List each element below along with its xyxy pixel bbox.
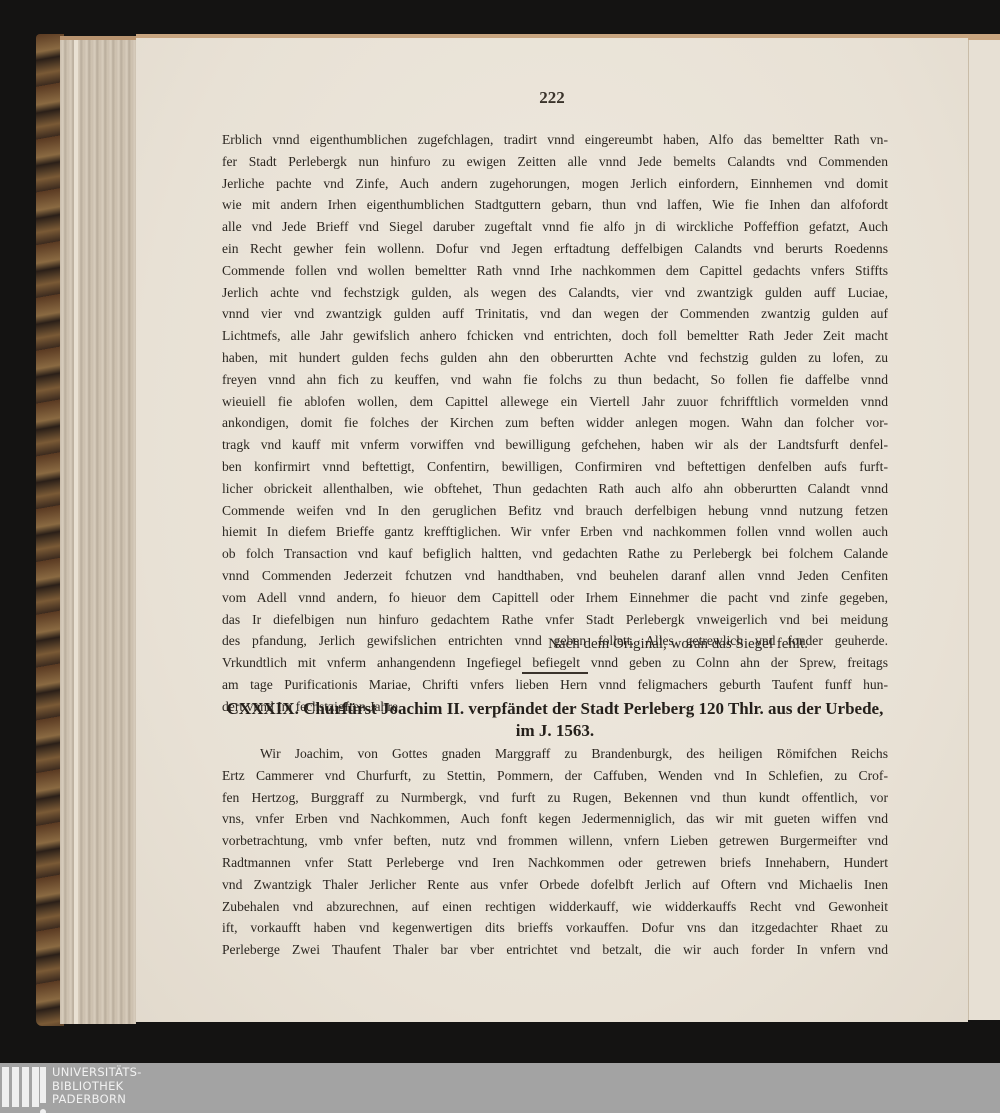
text-line: Jerliche pachte vnd Zinfe, Auch andern z… [222,173,888,195]
book-page: 222 Erblich vnnd eigenthumblichen zugefc… [136,38,968,1022]
text-line: vorbetrachtung, vmb vnfer beften, nutz v… [222,830,888,852]
heading-title-line2: im J. 1563. [222,720,888,742]
text-line: vns, vnfer Erben vnd Nachkommen, Auch fo… [222,808,888,830]
text-line: das Ir diefelbigen nun hinfuro gedachtem… [222,609,888,631]
text-line: Erblich vnnd eigenthumblichen zugefchlag… [222,129,888,151]
text-line: wieuiell fie ablofen wollen, dem Capitte… [222,391,888,413]
text-line: vnd Zwantzigk Thaler Jerlicher Rente aus… [222,874,888,896]
text-line: vnnd Commenden Jederzeit fchutzen vnd ha… [222,565,888,587]
text-line: vom Adell vnnd andern, fo hieuor dem Cap… [222,587,888,609]
library-logo-icon [2,1067,46,1113]
text-line: tragk vnd kauff mit vnferm vorwiffen vnd… [222,434,888,456]
document-heading: CXXXIX. Churfürst Joachim II. verpfändet… [222,698,888,742]
text-line: am tage Purificationis Mariae, Chrifti v… [222,674,888,696]
page-stack-edge [60,36,136,1024]
text-line: ein Recht gewher fein wollenn. Dofur vnd… [222,238,888,260]
text-line: Zubehalen vnd abzurechnen, auf einen rec… [222,896,888,918]
text-line: licher obrickeit allenthalben, wie obfte… [222,478,888,500]
text-line: Wir Joachim, von Gottes gnaden Marggraff… [222,743,888,765]
text-line: haben, mit hundert gulden fechs gulden a… [222,347,888,369]
text-line: Vrkundtlich mit vnferm anhangendenn Inge… [222,652,888,674]
text-line: ob folch Transaction vnd kauf befiglich … [222,543,888,565]
text-line: Commende follen vnd wollen bemeltter Rat… [222,260,888,282]
library-logo-text: UNIVERSITÄTS- BIBLIOTHEK PADERBORN [52,1066,142,1107]
library-footer: UNIVERSITÄTS- BIBLIOTHEK PADERBORN [0,1063,1000,1113]
text-line: fer Stadt Perlebergk nun hinfuro zu ewig… [222,151,888,173]
text-line: Jerlich achte vnd fechstzigk gulden, als… [222,282,888,304]
facing-page-strip [968,40,1000,1020]
text-line: ben konfirmirt vnnd beftettigt, Confenti… [222,456,888,478]
text-line: alle vnd Jede Brieff vnd Siegel daruber … [222,216,888,238]
source-note-text: Nach dem Original, woran das Siegel fehl… [548,636,808,653]
document-text-block-2: Wir Joachim, von Gottes gnaden Marggraff… [222,743,888,961]
text-line: Perleberge Zwei Thaufent Thaler bar vber… [222,939,888,961]
text-line: freyen vnnd ahn fich zu keuffen, vnd wah… [222,369,888,391]
section-divider [522,672,588,674]
text-line: Radtmannen vnfer Statt Perleberge vnd Ir… [222,852,888,874]
text-line: Ertz Cammerer vnd Churfurft, zu Stettin,… [222,765,888,787]
heading-title: Churfürst Joachim II. verpfändet der Sta… [303,699,883,718]
text-line: Commende weifen vnd In den geruglichen B… [222,500,888,522]
heading-number: CXXXIX. [227,699,299,718]
document-text-block-1: Erblich vnnd eigenthumblichen zugefchlag… [222,129,888,718]
text-line: ankondigen, domit fie folches der Kirche… [222,412,888,434]
text-line: hiemit In diefem Brieffe gantz krefftigl… [222,521,888,543]
text-line: Lichtmefs, alle Jahr gewifslich anhero f… [222,325,888,347]
text-line: vnnd vier vnd zwantzigk gulden auff Trin… [222,303,888,325]
scan-background: 222 Erblich vnnd eigenthumblichen zugefc… [0,0,1000,1063]
page-number: 222 [136,88,968,108]
text-line: ift, vorkaufft haben vnd kegenwertigen d… [222,917,888,939]
text-line: wie mit andern Irhen eigenthumblichen St… [222,194,888,216]
text-line: fen Hertzog, Burggraff zu Nurmbergk, vnd… [222,787,888,809]
